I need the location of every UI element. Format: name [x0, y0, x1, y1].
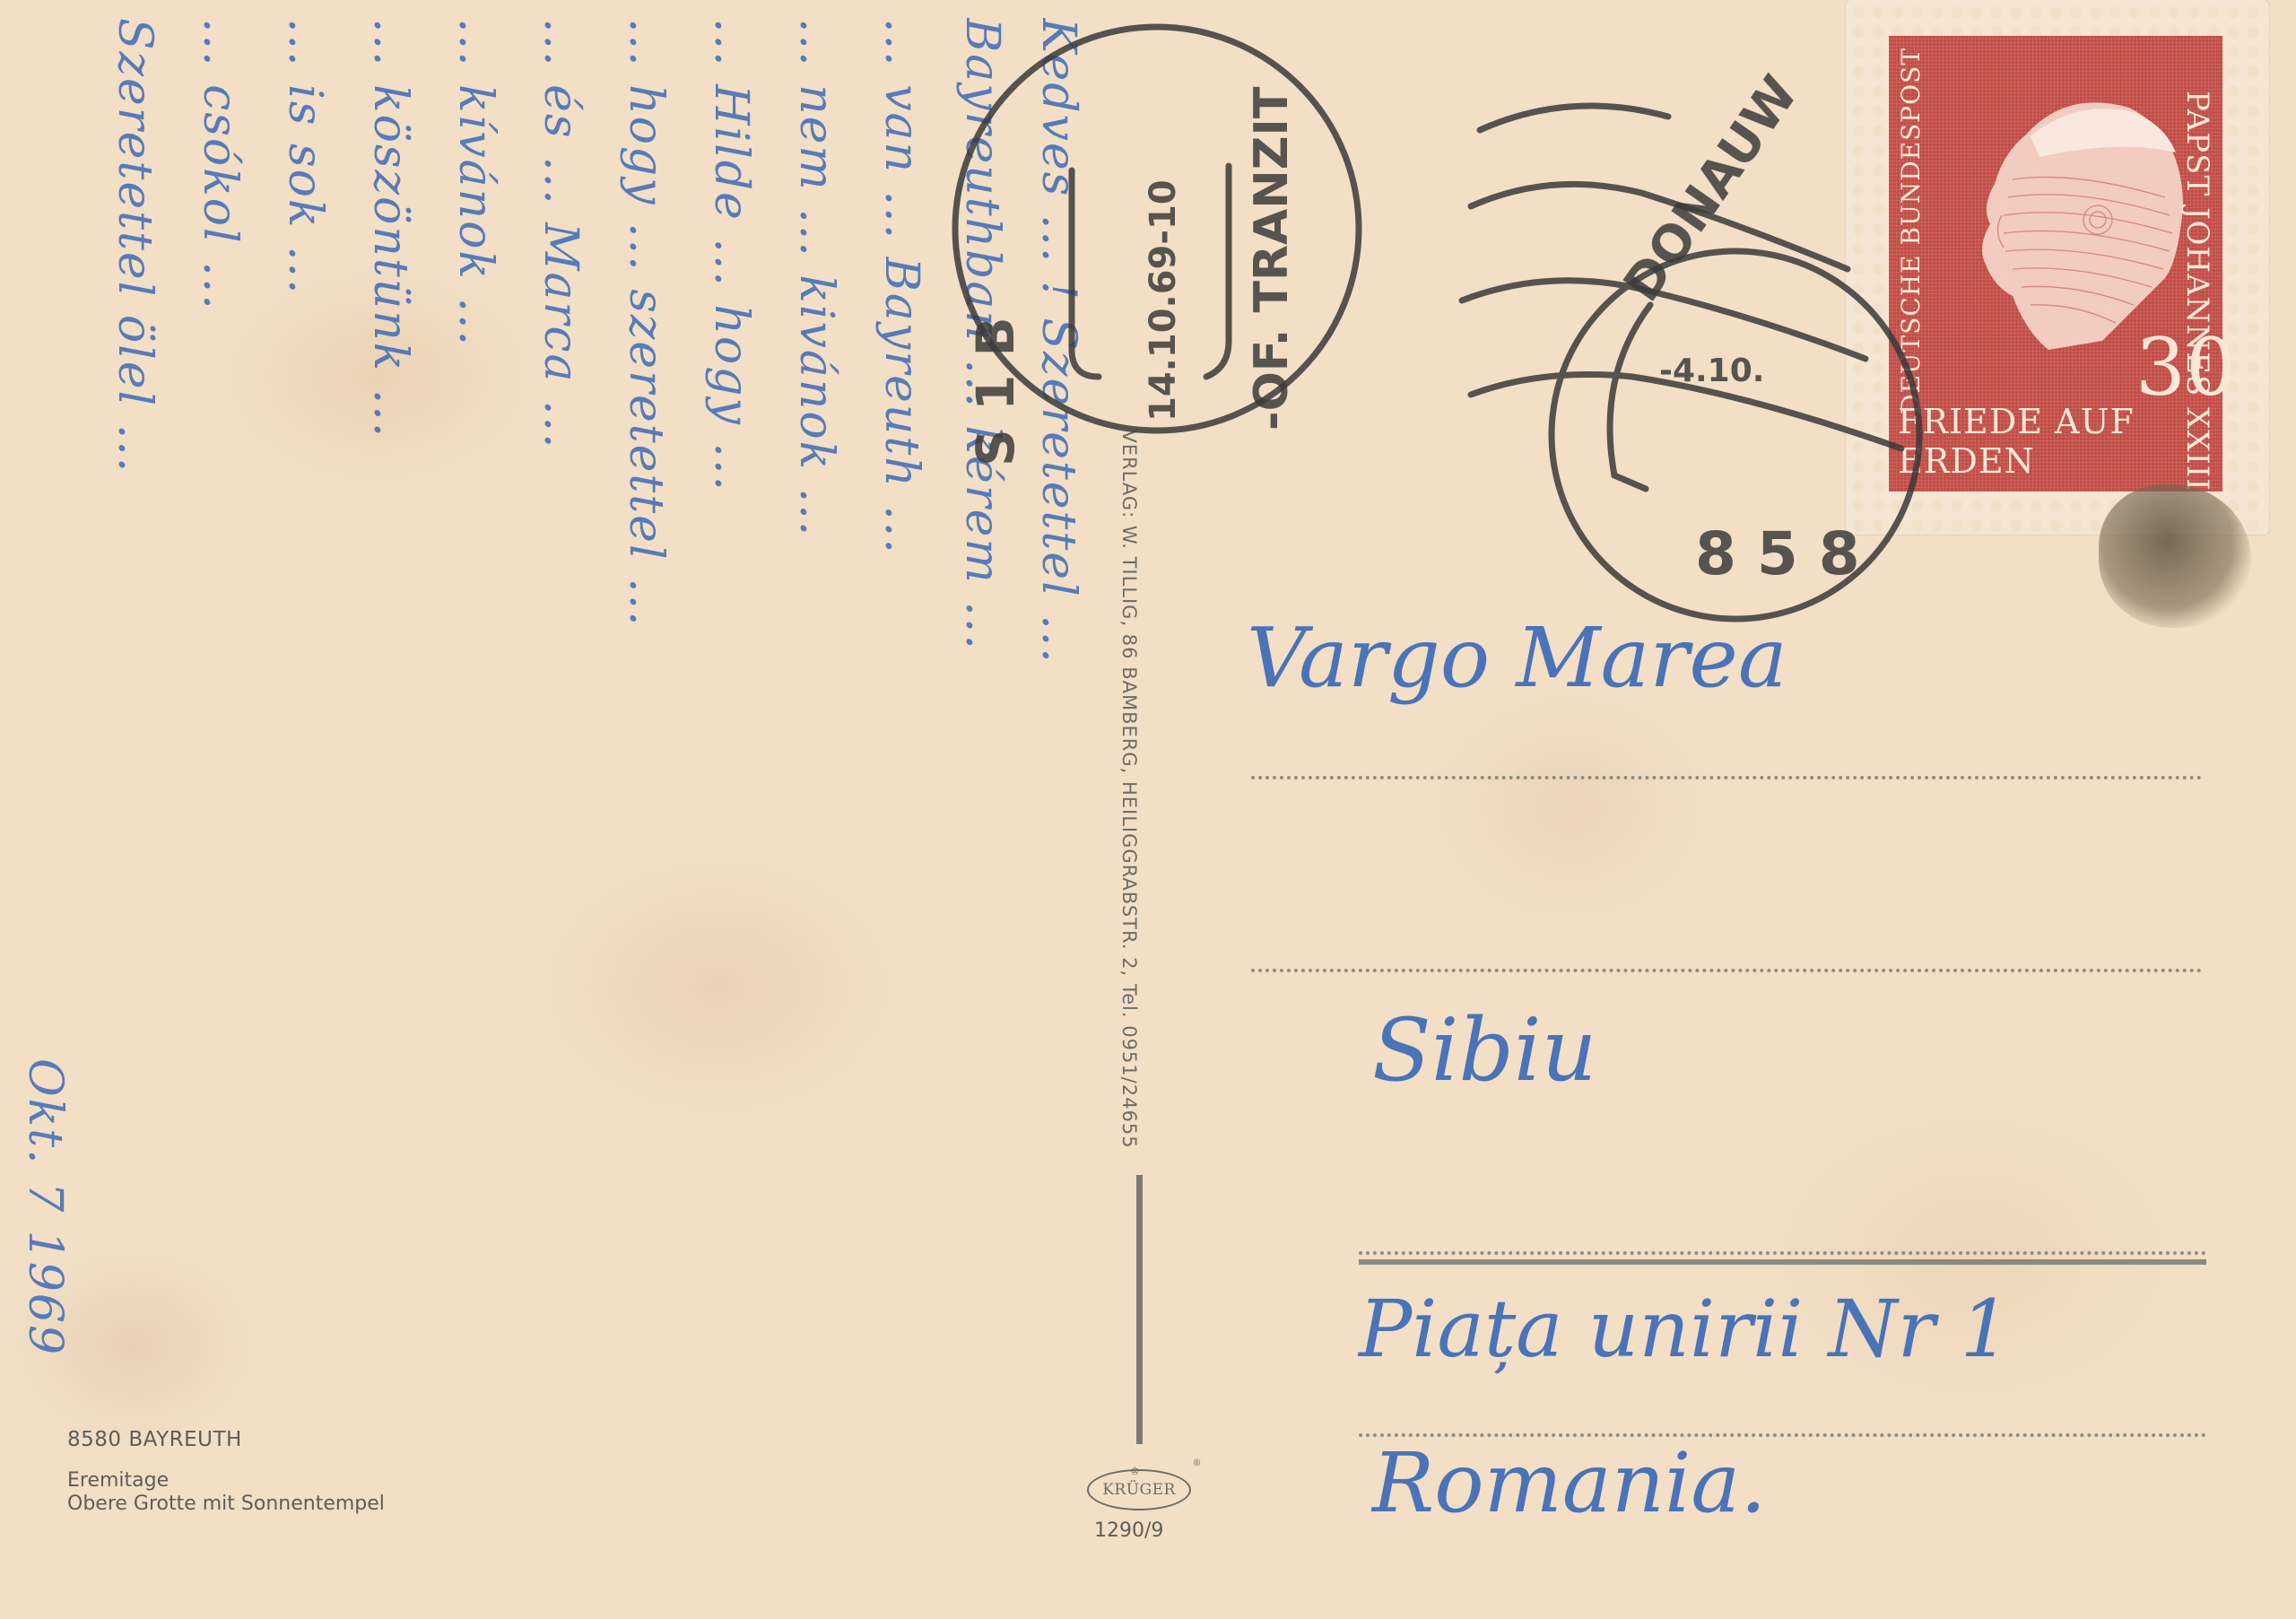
- stamp-face: DEUTSCHE BUNDESPOST PAPST JOHANNES XXIII…: [1889, 36, 2222, 492]
- publisher-imprint: VERLAG: W. TILLIG, 86 BAMBERG, HEILIGGRA…: [1118, 430, 1140, 1148]
- brand-name: KRÜGER: [1102, 1481, 1176, 1499]
- stamp-value: 30: [2135, 321, 2236, 413]
- stamp-motto-text: FRIEDE AUF ERDEN: [1898, 402, 2222, 481]
- svg-text:-4.10.: -4.10.: [1659, 353, 1764, 389]
- message-line: ... kívánok ...: [448, 18, 502, 1498]
- svg-text:-OF. TRANZIT: -OF. TRANZIT: [1245, 86, 1299, 431]
- message-line: ... hogy ... szeretettel ...: [619, 18, 673, 1498]
- stamp-country-text: DEUTSCHE BUNDESPOST: [1896, 43, 1932, 420]
- address-dotted-line: [1359, 1251, 2206, 1255]
- message-line: ... és ... Marca ...: [534, 18, 587, 1498]
- postcard-back: Kedves ... ! Szeretettel ... Bayreuthban…: [0, 0, 2296, 1619]
- crown-icon: ♔: [1130, 1466, 1140, 1476]
- message-line: ... csókol ...: [193, 18, 247, 1498]
- recipient-street: Piața unirii Nr 1: [1359, 1283, 2010, 1375]
- svg-text:DONAUW: DONAUW: [1613, 65, 1809, 312]
- message-line: ... van ... Bayreuth ...: [874, 18, 928, 1498]
- publisher-logo: ♔ KRÜGER ®: [1087, 1469, 1191, 1510]
- address-dotted-line: [1251, 969, 2202, 972]
- recipient-city: Sibiu: [1372, 1000, 1596, 1101]
- caption-city: 8580 BAYREUTH: [67, 1428, 385, 1451]
- caption-line-1: Eremitage: [67, 1469, 385, 1493]
- center-divider: [1136, 1175, 1143, 1444]
- photo-caption: 8580 BAYREUTH Eremitage Obere Grotte mit…: [67, 1428, 385, 1516]
- catalog-number: 1290/9: [1094, 1519, 1163, 1542]
- message-line: Kedves ... ! Szeretettel ...: [1031, 18, 1085, 1498]
- address-dotted-line: [1251, 776, 2202, 779]
- address-solid-line: [1359, 1259, 2206, 1265]
- message-line: ... is sok ...: [278, 18, 332, 1498]
- message-line: Bayreuthban ... kérem ...: [955, 18, 1009, 1498]
- recipient-name: Vargo Marea: [1247, 610, 1787, 706]
- message-line: ... Hilde ... hogy ...: [704, 18, 758, 1498]
- message-line: ... köszöntünk ...: [363, 18, 417, 1498]
- recipient-country: Romania.: [1372, 1435, 1767, 1531]
- svg-text:14.10.69-10: 14.10.69-10: [1143, 179, 1184, 422]
- message-line: ... nem ... kivánok ...: [789, 18, 843, 1498]
- handwritten-message: Kedves ... ! Szeretettel ... Bayreuthban…: [0, 0, 1103, 1619]
- registered-mark: ®: [1193, 1458, 1203, 1468]
- caption-line-2: Obere Grotte mit Sonnentempel: [67, 1493, 385, 1516]
- svg-text:8 5 8: 8 5 8: [1695, 519, 1860, 588]
- message-line: Szeretettel ölel ...: [108, 18, 161, 1498]
- postage-stamp: DEUTSCHE BUNDESPOST PAPST JOHANNES XXIII…: [1846, 0, 2269, 535]
- message-date: Okt. 7 1969: [18, 1058, 72, 1615]
- portrait-icon: [1941, 72, 2201, 350]
